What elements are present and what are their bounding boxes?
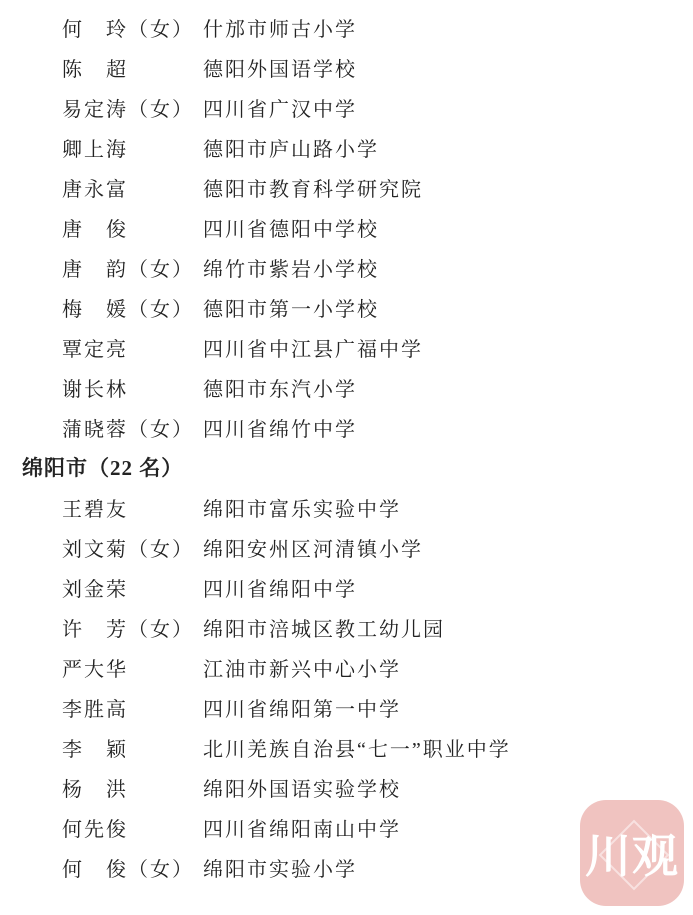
- teacher-name: 卿上海: [62, 133, 203, 162]
- chuanguan-watermark-badge: 川观: [580, 800, 684, 906]
- roster-row: 唐永富德阳市教育科学研究院: [0, 167, 693, 207]
- school-name: 绵阳市富乐实验中学: [203, 493, 401, 522]
- teacher-name: 陈 超: [62, 53, 203, 82]
- school-name: 四川省绵阳中学: [203, 573, 357, 602]
- school-name: 绵阳市实验小学: [203, 853, 357, 882]
- section-header: 绵阳市（22 名）: [0, 447, 693, 487]
- roster-row: 严大华江油市新兴中心小学: [0, 647, 693, 687]
- school-name: 四川省广汉中学: [203, 93, 357, 122]
- school-name: 什邡市师古小学: [203, 13, 357, 42]
- school-name: 四川省绵竹中学: [203, 413, 357, 442]
- roster-row: 覃定亮四川省中江县广福中学: [0, 327, 693, 367]
- roster-row: 刘金荣四川省绵阳中学: [0, 567, 693, 607]
- roster-row: 李 颖北川羌族自治县“七一”职业中学: [0, 727, 693, 767]
- school-name: 北川羌族自治县“七一”职业中学: [203, 733, 511, 762]
- school-name: 绵阳外国语实验学校: [203, 773, 401, 802]
- teacher-name: 唐 俊: [62, 213, 203, 242]
- teacher-name: 蒲晓蓉（女）: [62, 413, 203, 442]
- teacher-name: 谢长林: [62, 373, 203, 402]
- teacher-name: 易定涛（女）: [62, 93, 203, 122]
- roster-row: 梅 媛（女）德阳市第一小学校: [0, 287, 693, 327]
- teacher-name: 何 俊（女）: [62, 853, 203, 882]
- school-name: 四川省绵阳南山中学: [203, 813, 401, 842]
- teacher-name: 王碧友: [62, 493, 203, 522]
- school-name: 德阳市第一小学校: [203, 293, 379, 322]
- watermark-text: 川观: [580, 800, 684, 906]
- teacher-name: 刘金荣: [62, 573, 203, 602]
- teacher-name: 许 芳（女）: [62, 613, 203, 642]
- school-name: 德阳外国语学校: [203, 53, 357, 82]
- teacher-name: 梅 媛（女）: [62, 293, 203, 322]
- roster-row: 易定涛（女）四川省广汉中学: [0, 87, 693, 127]
- school-name: 四川省中江县广福中学: [203, 333, 423, 362]
- teacher-roster: 何 玲（女）什邡市师古小学陈 超德阳外国语学校易定涛（女）四川省广汉中学卿上海德…: [0, 0, 693, 887]
- school-name: 江油市新兴中心小学: [203, 653, 401, 682]
- teacher-name: 唐 韵（女）: [62, 253, 203, 282]
- school-name: 四川省德阳中学校: [203, 213, 379, 242]
- roster-row: 卿上海德阳市庐山路小学: [0, 127, 693, 167]
- teacher-name: 何 玲（女）: [62, 13, 203, 42]
- roster-row: 何 玲（女）什邡市师古小学: [0, 7, 693, 47]
- teacher-name: 杨 洪: [62, 773, 203, 802]
- roster-row: 许 芳（女）绵阳市涪城区教工幼儿园: [0, 607, 693, 647]
- teacher-name: 覃定亮: [62, 333, 203, 362]
- teacher-name: 严大华: [62, 653, 203, 682]
- roster-row: 唐 俊四川省德阳中学校: [0, 207, 693, 247]
- school-name: 绵阳安州区河清镇小学: [203, 533, 423, 562]
- teacher-name: 刘文菊（女）: [62, 533, 203, 562]
- roster-row: 唐 韵（女）绵竹市紫岩小学校: [0, 247, 693, 287]
- school-name: 四川省绵阳第一中学: [203, 693, 401, 722]
- school-name: 绵竹市紫岩小学校: [203, 253, 379, 282]
- roster-row: 李胜高四川省绵阳第一中学: [0, 687, 693, 727]
- teacher-name: 李胜高: [62, 693, 203, 722]
- roster-row: 王碧友绵阳市富乐实验中学: [0, 487, 693, 527]
- document-page: 何 玲（女）什邡市师古小学陈 超德阳外国语学校易定涛（女）四川省广汉中学卿上海德…: [0, 0, 693, 915]
- school-name: 德阳市东汽小学: [203, 373, 357, 402]
- roster-row: 蒲晓蓉（女）四川省绵竹中学: [0, 407, 693, 447]
- teacher-name: 唐永富: [62, 173, 203, 202]
- school-name: 绵阳市涪城区教工幼儿园: [203, 613, 445, 642]
- roster-row: 谢长林德阳市东汽小学: [0, 367, 693, 407]
- roster-row: 陈 超德阳外国语学校: [0, 47, 693, 87]
- teacher-name: 李 颖: [62, 733, 203, 762]
- roster-row: 刘文菊（女）绵阳安州区河清镇小学: [0, 527, 693, 567]
- school-name: 德阳市庐山路小学: [203, 133, 379, 162]
- school-name: 德阳市教育科学研究院: [203, 173, 423, 202]
- teacher-name: 何先俊: [62, 813, 203, 842]
